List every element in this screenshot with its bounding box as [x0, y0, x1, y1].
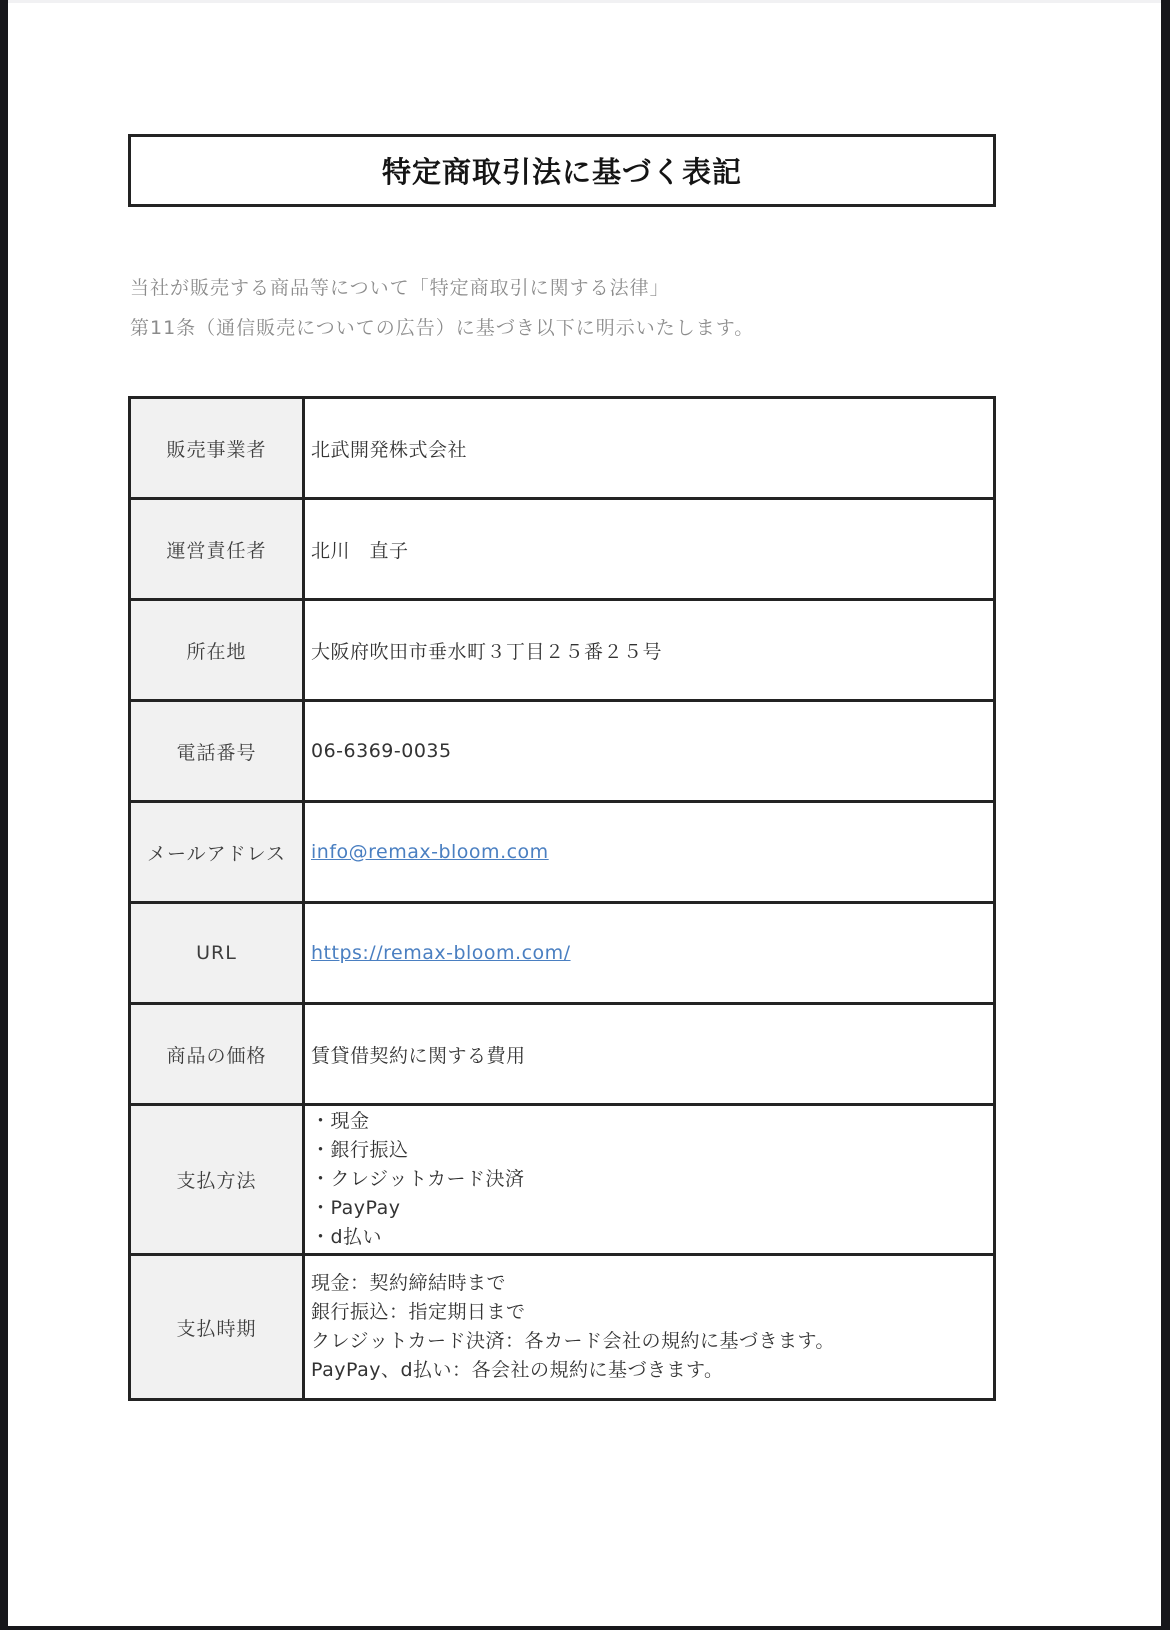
row-value: 06-6369-0035	[304, 701, 995, 802]
email-link[interactable]: info@remax-bloom.com	[311, 841, 549, 863]
row-label: 所在地	[130, 600, 304, 701]
table-row-price: 商品の価格 賃貸借契約に関する費用	[130, 1004, 995, 1105]
intro-text: 当社が販売する商品等について「特定商取引に関する法律」 第11条（通信販売につい…	[130, 268, 754, 348]
value-line: ・d払い	[311, 1223, 983, 1252]
table-row-seller: 販売事業者 北武開発株式会社	[130, 398, 995, 499]
value-line: ・PayPay	[311, 1194, 983, 1223]
value-line: PayPay、d払い：各会社の規約に基づきます。	[311, 1356, 983, 1385]
row-label: 運営責任者	[130, 499, 304, 600]
row-value: ・現金 ・銀行振込 ・クレジットカード決済 ・PayPay ・d払い	[304, 1105, 995, 1255]
table-row-manager: 運営責任者 北川 直子	[130, 499, 995, 600]
table-row-payment-timing: 支払時期 現金：契約締結時まで 銀行振込：指定期日まで クレジットカード決済：各…	[130, 1255, 995, 1400]
table-row-email: メールアドレス info@remax-bloom.com	[130, 802, 995, 903]
page-title: 特定商取引法に基づく表記	[382, 150, 742, 191]
value-line: 現金：契約締結時まで	[311, 1269, 983, 1298]
intro-line-1: 当社が販売する商品等について「特定商取引に関する法律」	[130, 268, 754, 308]
row-value: https://remax-bloom.com/	[304, 903, 995, 1004]
top-divider	[8, 0, 1161, 3]
value-line: ・銀行振込	[311, 1136, 983, 1165]
row-label: 販売事業者	[130, 398, 304, 499]
row-label: URL	[130, 903, 304, 1004]
row-value: 北川 直子	[304, 499, 995, 600]
table-row-address: 所在地 大阪府吹田市垂水町３丁目２５番２５号	[130, 600, 995, 701]
row-label: メールアドレス	[130, 802, 304, 903]
table-row-url: URL https://remax-bloom.com/	[130, 903, 995, 1004]
document-page: 特定商取引法に基づく表記 当社が販売する商品等について「特定商取引に関する法律」…	[0, 0, 1170, 1630]
viewer-frame-bottom	[0, 1626, 1170, 1630]
viewer-frame-right	[1161, 0, 1170, 1630]
viewer-frame-left	[0, 0, 8, 1630]
disclosure-table: 販売事業者 北武開発株式会社 運営責任者 北川 直子 所在地 大阪府吹田市垂水町…	[128, 396, 996, 1401]
value-line: クレジットカード決済：各カード会社の規約に基づきます。	[311, 1327, 983, 1356]
row-label: 商品の価格	[130, 1004, 304, 1105]
value-line: ・クレジットカード決済	[311, 1165, 983, 1194]
row-value: info@remax-bloom.com	[304, 802, 995, 903]
value-line: 銀行振込：指定期日まで	[311, 1298, 983, 1327]
value-line: ・現金	[311, 1107, 983, 1136]
table-row-phone: 電話番号 06-6369-0035	[130, 701, 995, 802]
intro-line-2: 第11条（通信販売についての広告）に基づき以下に明示いたします。	[130, 308, 754, 348]
row-label: 支払時期	[130, 1255, 304, 1400]
url-link[interactable]: https://remax-bloom.com/	[311, 942, 571, 964]
row-label: 電話番号	[130, 701, 304, 802]
row-value: 大阪府吹田市垂水町３丁目２５番２５号	[304, 600, 995, 701]
row-value: 北武開発株式会社	[304, 398, 995, 499]
table-row-payment-method: 支払方法 ・現金 ・銀行振込 ・クレジットカード決済 ・PayPay ・d払い	[130, 1105, 995, 1255]
row-value: 賃貸借契約に関する費用	[304, 1004, 995, 1105]
row-label: 支払方法	[130, 1105, 304, 1255]
row-value: 現金：契約締結時まで 銀行振込：指定期日まで クレジットカード決済：各カード会社…	[304, 1255, 995, 1400]
page-title-box: 特定商取引法に基づく表記	[128, 134, 996, 207]
